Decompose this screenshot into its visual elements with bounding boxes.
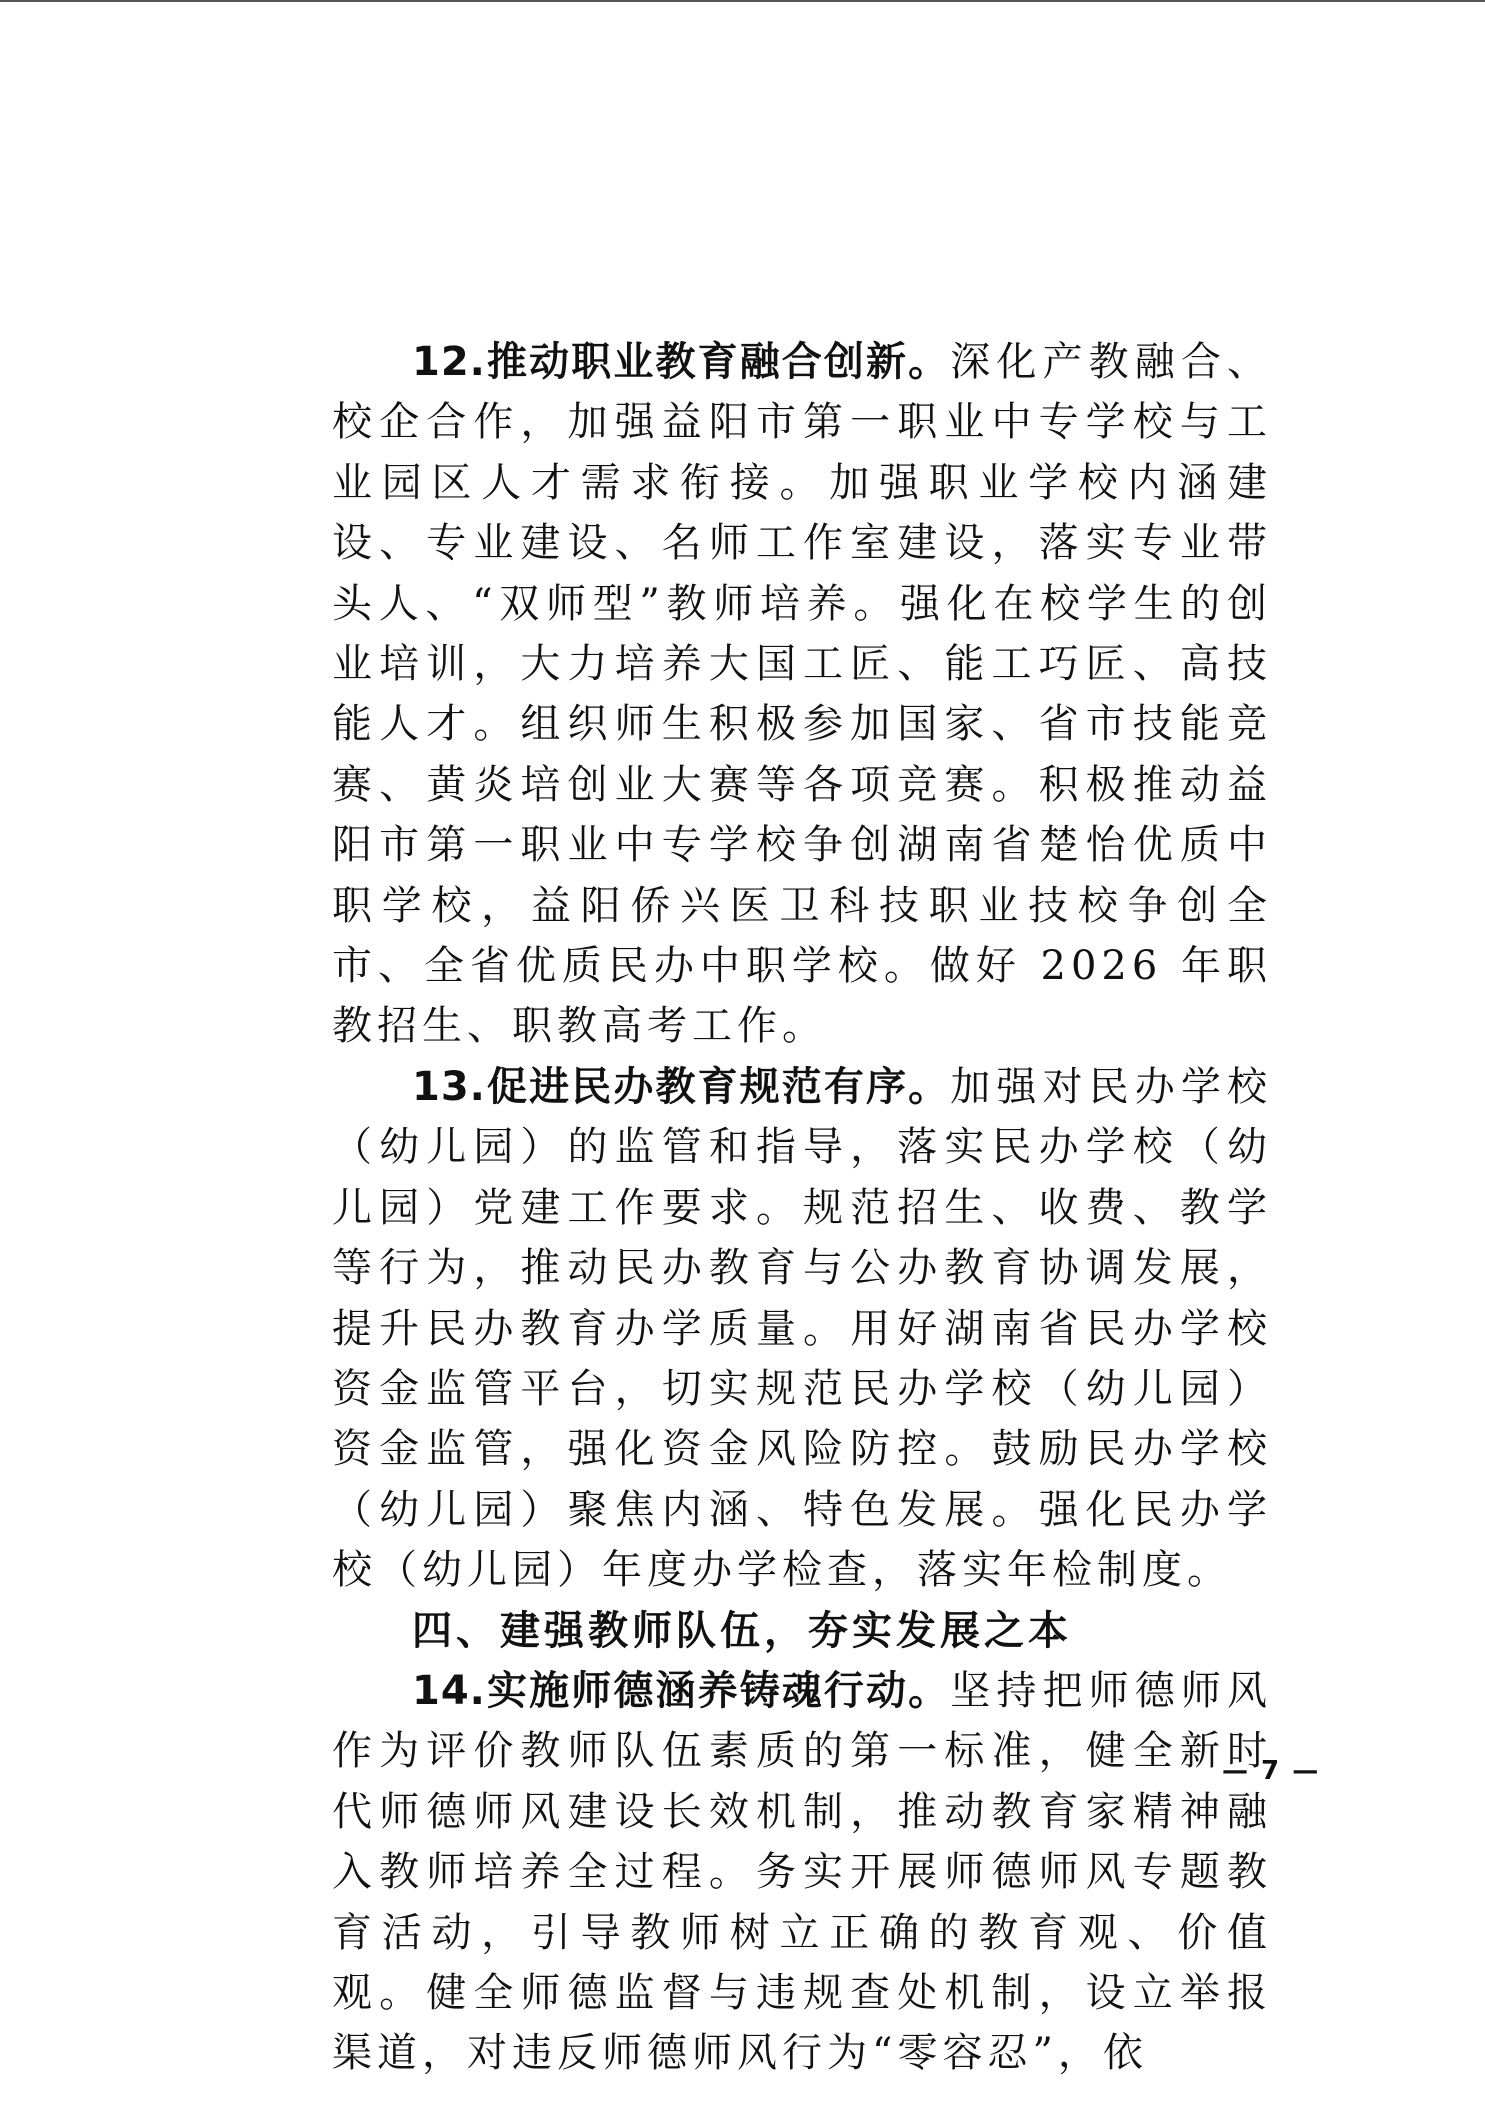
paragraph-12-lead: 12.推动职业教育融合创新。 xyxy=(412,339,950,385)
paragraph-14-body: 坚持把师德师风作为评价教师队伍素质的第一标准，健全新时代师德师风建设长效机制，推… xyxy=(332,1668,1272,2076)
paragraph-13-lead: 13.促进民办教育规范有序。 xyxy=(412,1064,950,1110)
paragraph-12-body: 深化产教融合、校企合作，加强益阳市第一职业中专学校与工业园区人才需求衔接。加强职… xyxy=(332,339,1272,1049)
paragraph-13: 13.促进民办教育规范有序。加强对民办学校（幼儿园）的监管和指导，落实民办学校（… xyxy=(332,1057,1272,1601)
paragraph-12: 12.推动职业教育融合创新。深化产教融合、校企合作，加强益阳市第一职业中专学校与… xyxy=(332,332,1272,1057)
paragraph-14-lead: 14.实施师德涵养铸魂行动。 xyxy=(412,1668,950,1714)
paragraph-14: 14.实施师德涵养铸魂行动。坚持把师德师风作为评价教师队伍素质的第一标准，健全新… xyxy=(332,1661,1272,2084)
section-heading: 四、建强教师队伍，夯实发展之本 xyxy=(332,1601,1272,1661)
paragraph-13-body: 加强对民办学校（幼儿园）的监管和指导，落实民办学校（幼儿园）党建工作要求。规范招… xyxy=(332,1064,1272,1593)
document-page-body: 12.推动职业教育融合创新。深化产教融合、校企合作，加强益阳市第一职业中专学校与… xyxy=(332,332,1272,2084)
page-number: — 7 — xyxy=(1222,1756,1320,1786)
top-border-rule xyxy=(0,0,1485,2)
